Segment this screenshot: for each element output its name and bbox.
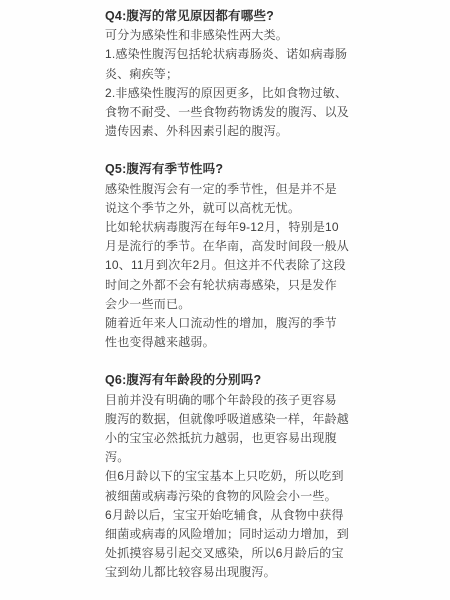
qa-section-q5: Q5:腹泻有季节性吗? 感染性腹泻会有一定的季节性，但是并不是 说这个季节之外，… xyxy=(105,160,377,352)
question-q4-heading: Q4:腹泻的常见原因都有哪些? xyxy=(105,7,377,26)
qa-section-q4: Q4:腹泻的常见原因都有哪些? 可分为感染性和非感染性两大类。 1.感染性腹泻包… xyxy=(105,7,377,141)
answer-q6-text: 目前并没有明确的哪个年龄段的孩子更容易 腹泻的数据，但就像呼吸道感染一样，年龄越… xyxy=(105,391,377,583)
answer-q4-text: 可分为感染性和非感染性两大类。 1.感染性腹泻包括轮状病毒肠炎、诺如病毒肠 炎、… xyxy=(105,26,377,141)
qa-section-q6: Q6:腹泻有年龄段的分别吗? 目前并没有明确的哪个年龄段的孩子更容易 腹泻的数据… xyxy=(105,371,377,582)
question-q5-heading: Q5:腹泻有季节性吗? xyxy=(105,160,377,179)
qa-content-column: Q4:腹泻的常见原因都有哪些? 可分为感染性和非感染性两大类。 1.感染性腹泻包… xyxy=(105,7,377,600)
qa-document-page: Q4:腹泻的常见原因都有哪些? 可分为感染性和非感染性两大类。 1.感染性腹泻包… xyxy=(0,0,450,600)
answer-q5-text: 感染性腹泻会有一定的季节性，但是并不是 说这个季节之外，就可以高枕无忧。 比如轮… xyxy=(105,180,377,353)
question-q6-heading: Q6:腹泻有年龄段的分别吗? xyxy=(105,371,377,390)
